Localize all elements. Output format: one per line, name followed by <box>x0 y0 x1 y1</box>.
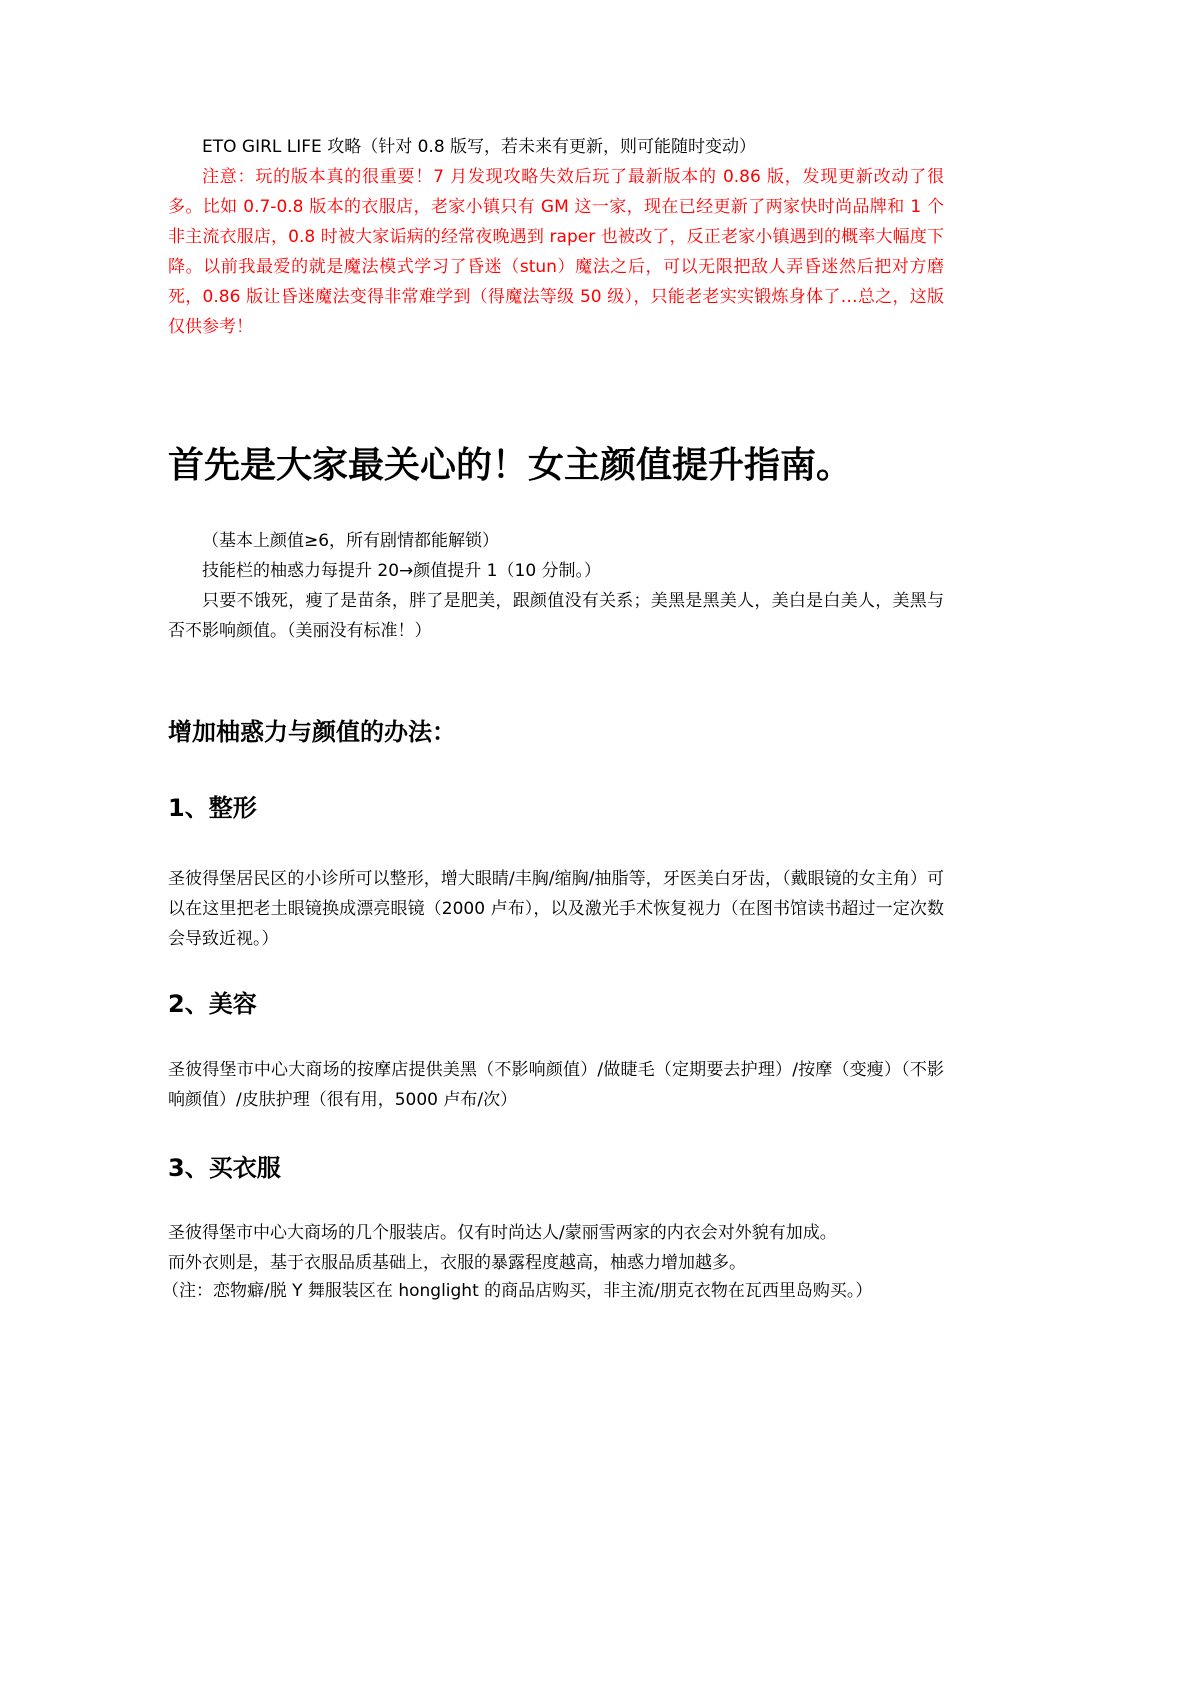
basics-line-1: （基本上颜值≥6，所有剧情都能解锁） <box>168 526 944 556</box>
version-notice: 注意：玩的版本真的很重要！7 月发现攻略失效后玩了最新版本的 0.86 版，发现… <box>168 162 944 342</box>
section-body-clothes-line-2: 而外衣则是，基于衣服品质基础上，衣服的暴露程度越高，柚惑力增加越多。 <box>168 1248 944 1278</box>
main-heading: 首先是大家最关心的！女主颜值提升指南。 <box>168 444 852 488</box>
basics-line-2: 技能栏的柚惑力每提升 20→颜值提升 1（10 分制。） <box>168 556 944 586</box>
section-heading-clothes: 3、买衣服 <box>168 1152 281 1184</box>
section-heading-plastic-surgery: 1、整形 <box>168 792 257 824</box>
section-body-clothes-line-1: 圣彼得堡市中心大商场的几个服装店。仅有时尚达人/蒙丽雪两家的内衣会对外貌有加成。 <box>168 1218 944 1248</box>
section-body-plastic-surgery: 圣彼得堡居民区的小诊所可以整形，增大眼睛/丰胸/缩胸/抽脂等，牙医美白牙齿，（戴… <box>168 864 944 954</box>
section-heading-beauty: 2、美容 <box>168 988 257 1020</box>
guide-title-line: ETO GIRL LIFE 攻略（针对 0.8 版写，若未来有更新，则可能随时变… <box>168 132 944 162</box>
section-body-beauty: 圣彼得堡市中心大商场的按摩店提供美黑（不影响颜值）/做睫毛（定期要去护理）/按摩… <box>168 1055 944 1115</box>
basics-line-3: 只要不饿死，瘦了是苗条，胖了是肥美，跟颜值没有关系；美黑是黑美人，美白是白美人，… <box>168 586 944 646</box>
section-body-clothes-note: （注：恋物癖/脱 Y 舞服装区在 honglight 的商品店购买，非主流/朋克… <box>162 1276 938 1306</box>
methods-heading: 增加柚惑力与颜值的办法： <box>168 716 456 748</box>
